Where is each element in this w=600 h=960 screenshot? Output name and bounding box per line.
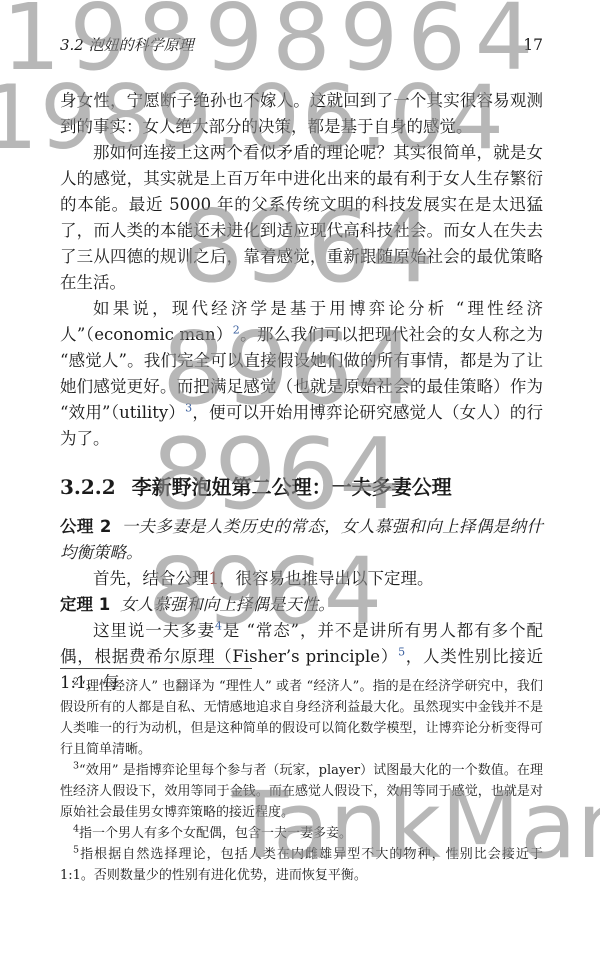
axiom-2-label: 公理 2: [60, 517, 111, 536]
footnote-4-text: 指一个男人有多个女配偶，包含一夫一妻多妾。: [79, 826, 352, 841]
running-head-title: 3.2 泡妞的科学原理: [60, 34, 194, 55]
page-number: 17: [523, 36, 543, 54]
theorem-1-label: 定理 1: [60, 595, 110, 614]
axiom-2-statement: 一夫多妻是人类历史的常态，女人慕强和向上择偶是纳什均衡策略。: [60, 517, 543, 562]
section-heading: 3.2.2李新野泡妞第二公理：一夫多妻公理: [60, 474, 543, 500]
footnote-3: 3“效用” 是指博弈论里每个参与者（玩家，player）试图最大化的一个数值。在…: [60, 760, 543, 823]
paragraph-3: 如果说，现代经济学是基于用博弈论分析 “理性经济人”（economic man）…: [60, 296, 543, 452]
footnote-3-text: “效用” 是指博弈论里每个参与者（玩家，player）试图最大化的一个数值。在理…: [60, 763, 543, 820]
footnotes-block: 2“理性经济人” 也翻译为 “理性人” 或者 “经济人”。指的是在经济学研究中，…: [60, 668, 543, 886]
paragraph-4-segment-2: ，很容易也推导出以下定理。: [219, 569, 434, 588]
paragraph-2: 那如何连接上这两个看似矛盾的理论呢？其实很简单，就是女人的感觉，其实就是上百万年…: [60, 140, 543, 296]
paragraph-4: 首先，结合公理1，很容易也推导出以下定理。: [60, 566, 543, 592]
running-head: 3.2 泡妞的科学原理 17: [60, 34, 543, 55]
paragraph-4-segment-1: 首先，结合公理: [93, 569, 209, 588]
paragraph-5-segment-1: 这里说一夫多妻: [93, 621, 215, 640]
footnote-5: 5指根据自然选择理论，包括人类在内雌雄异型不大的物种，性别比会接近于 1:1。否…: [60, 844, 543, 886]
paragraph-continuation: 身女性，宁愿断子绝孙也不嫁人。这就回到了一个其实很容易观测到的事实：女人绝大部分…: [60, 88, 543, 140]
theorem-1-block: 定理 1女人慕强和向上择偶是天性。: [60, 592, 543, 618]
footnote-ref-4-link[interactable]: 4: [215, 620, 222, 633]
footnote-2: 2“理性经济人” 也翻译为 “理性人” 或者 “经济人”。指的是在经济学研究中，…: [60, 676, 543, 760]
footnote-4: 4指一个男人有多个女配偶，包含一夫一妻多妾。: [60, 823, 543, 844]
main-text-block: 身女性，宁愿断子绝孙也不嫁人。这就回到了一个其实很容易观测到的事实：女人绝大部分…: [60, 88, 543, 696]
axiom-2-block: 公理 2一夫多妻是人类历史的常态，女人慕强和向上择偶是纳什均衡策略。: [60, 514, 543, 566]
footnote-2-text: “理性经济人” 也翻译为 “理性人” 或者 “经济人”。指的是在经济学研究中，我…: [60, 679, 543, 757]
section-title: 李新野泡妞第二公理：一夫多妻公理: [132, 475, 452, 499]
axiom-1-reference-link[interactable]: 1: [209, 569, 220, 588]
footnote-separator-rule: [60, 668, 252, 669]
footnote-5-text: 指根据自然选择理论，包括人类在内雌雄异型不大的物种，性别比会接近于 1:1。否则…: [60, 847, 543, 883]
book-page: 3.2 泡妞的科学原理 17 身女性，宁愿断子绝孙也不嫁人。这就回到了一个其实很…: [0, 0, 600, 960]
section-number: 3.2.2: [60, 475, 116, 499]
theorem-1-statement: 女人慕强和向上择偶是天性。: [120, 595, 335, 614]
footnote-ref-5-link[interactable]: 5: [398, 646, 405, 659]
footnote-ref-2-link[interactable]: 2: [233, 324, 240, 337]
